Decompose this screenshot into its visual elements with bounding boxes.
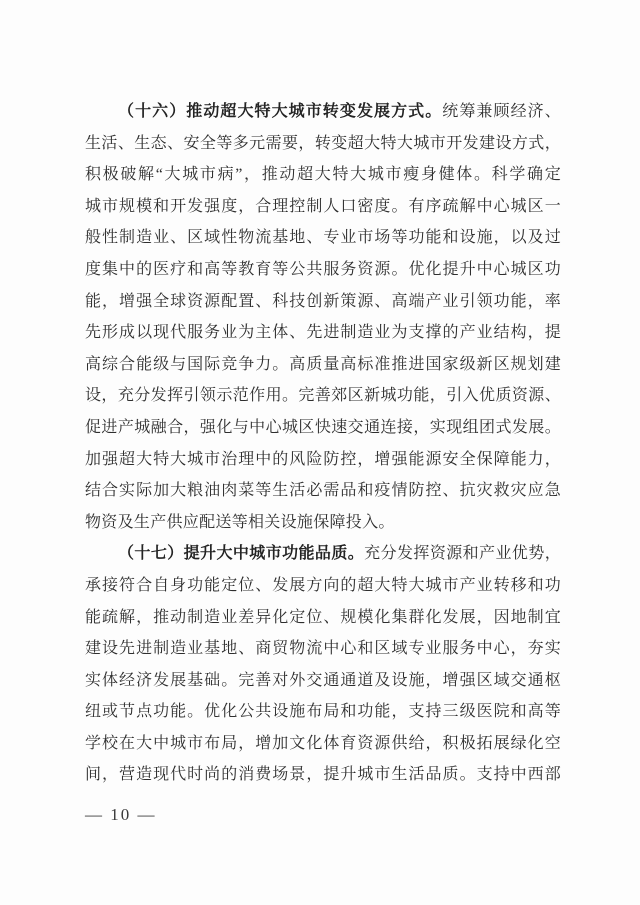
document-text-block: （十六）推动超大特大城市转变发展方式。统筹兼顾经济、 生活、生态、安全等多元需要… bbox=[85, 96, 561, 791]
line-text: 物资及生产供应配送等相关设施保障投入。 bbox=[85, 514, 395, 531]
line-text: 间，营造现代时尚的消费场景，提升城市生活品质。支持中西部 bbox=[85, 766, 561, 783]
line-text: 统筹兼顾经济、 bbox=[442, 103, 561, 120]
line-text: 学校在大中城市布局，增加文化体育资源供给，积极拓展绿化空 bbox=[85, 735, 561, 752]
text-line: 高综合能级与国际竞争力。高质量高标准推进国家级新区规划建 bbox=[85, 349, 561, 381]
line-text: 能，增强全球资源配置、科技创新策源、高端产业引领功能，率 bbox=[85, 293, 561, 310]
line-text: 设，充分发挥引领示范作用。完善郊区新城功能，引入优质资源、 bbox=[85, 387, 561, 404]
page-number: — 10 — bbox=[85, 800, 157, 830]
line-text: 结合实际加大粮油肉菜等生活必需品和疫情防控、抗灾救灾应急 bbox=[85, 482, 561, 499]
paragraph-16-closing-line: 物资及生产供应配送等相关设施保障投入。 bbox=[85, 507, 561, 539]
line-text: 先形成以现代服务业为主体、先进制造业为支撑的产业结构，提 bbox=[85, 324, 561, 341]
line-text: 纽或节点功能。优化公共设施布局和功能，支持三级医院和高等 bbox=[85, 703, 561, 720]
paragraph-16-opening-line: （十六）推动超大特大城市转变发展方式。统筹兼顾经济、 bbox=[85, 96, 561, 128]
line-text: 高综合能级与国际竞争力。高质量高标准推进国家级新区规划建 bbox=[85, 356, 561, 373]
text-line: 积极破解“大城市病”，推动超大特大城市瘦身健体。科学确定 bbox=[85, 159, 561, 191]
line-text: 承接符合自身功能定位、发展方向的超大特大城市产业转移和功 bbox=[85, 577, 561, 594]
paragraph-17-opening-line: （十七）提升大中城市功能品质。充分发挥资源和产业优势， bbox=[85, 538, 561, 570]
text-line: 结合实际加大粮油肉菜等生活必需品和疫情防控、抗灾救灾应急 bbox=[85, 475, 561, 507]
text-line: 能疏解，推动制造业差异化定位、规模化集群化发展，因地制宜 bbox=[85, 602, 561, 634]
line-text: 能疏解，推动制造业差异化定位、规模化集群化发展，因地制宜 bbox=[85, 609, 561, 626]
text-line: 实体经济发展基础。完善对外交通通道及设施，增强区域交通枢 bbox=[85, 665, 561, 697]
text-line: 加强超大特大城市治理中的风险防控，增强能源安全保障能力， bbox=[85, 444, 561, 476]
line-text: 促进产城融合，强化与中心城区快速交通连接，实现组团式发展。 bbox=[85, 419, 561, 436]
text-line: 建设先进制造业基地、商贸物流中心和区域专业服务中心，夯实 bbox=[85, 633, 561, 665]
paragraph-17-heading: （十七）提升大中城市功能品质。 bbox=[118, 545, 364, 562]
line-text: 建设先进制造业基地、商贸物流中心和区域专业服务中心，夯实 bbox=[85, 640, 561, 657]
text-line: 学校在大中城市布局，增加文化体育资源供给，积极拓展绿化空 bbox=[85, 728, 561, 760]
text-line: 能，增强全球资源配置、科技创新策源、高端产业引领功能，率 bbox=[85, 286, 561, 318]
line-text: 般性制造业、区域性物流基地、专业市场等功能和设施，以及过 bbox=[85, 229, 561, 246]
text-line: 设，充分发挥引领示范作用。完善郊区新城功能，引入优质资源、 bbox=[85, 380, 561, 412]
line-text: 城市规模和开发强度，合理控制人口密度。有序疏解中心城区一 bbox=[85, 198, 561, 215]
text-line: 承接符合自身功能定位、发展方向的超大特大城市产业转移和功 bbox=[85, 570, 561, 602]
text-line: 先形成以现代服务业为主体、先进制造业为支撑的产业结构，提 bbox=[85, 317, 561, 349]
line-text: 充分发挥资源和产业优势， bbox=[364, 545, 561, 562]
line-text: 积极破解“大城市病”，推动超大特大城市瘦身健体。科学确定 bbox=[85, 166, 561, 183]
document-page: （十六）推动超大特大城市转变发展方式。统筹兼顾经济、 生活、生态、安全等多元需要… bbox=[0, 0, 640, 905]
text-line: 促进产城融合，强化与中心城区快速交通连接，实现组团式发展。 bbox=[85, 412, 561, 444]
text-line: 生活、生态、安全等多元需要，转变超大特大城市开发建设方式， bbox=[85, 128, 561, 160]
line-text: 加强超大特大城市治理中的风险防控，增强能源安全保障能力， bbox=[85, 451, 561, 468]
text-line: 间，营造现代时尚的消费场景，提升城市生活品质。支持中西部 bbox=[85, 759, 561, 791]
text-line: 般性制造业、区域性物流基地、专业市场等功能和设施，以及过 bbox=[85, 222, 561, 254]
line-text: 度集中的医疗和高等教育等公共服务资源。优化提升中心城区功 bbox=[85, 261, 561, 278]
line-text: 实体经济发展基础。完善对外交通通道及设施，增强区域交通枢 bbox=[85, 672, 561, 689]
paragraph-16-heading: （十六）推动超大特大城市转变发展方式。 bbox=[118, 103, 442, 120]
text-line: 纽或节点功能。优化公共设施布局和功能，支持三级医院和高等 bbox=[85, 696, 561, 728]
line-text: 生活、生态、安全等多元需要，转变超大特大城市开发建设方式， bbox=[85, 135, 561, 152]
text-line: 度集中的医疗和高等教育等公共服务资源。优化提升中心城区功 bbox=[85, 254, 561, 286]
text-line: 城市规模和开发强度，合理控制人口密度。有序疏解中心城区一 bbox=[85, 191, 561, 223]
